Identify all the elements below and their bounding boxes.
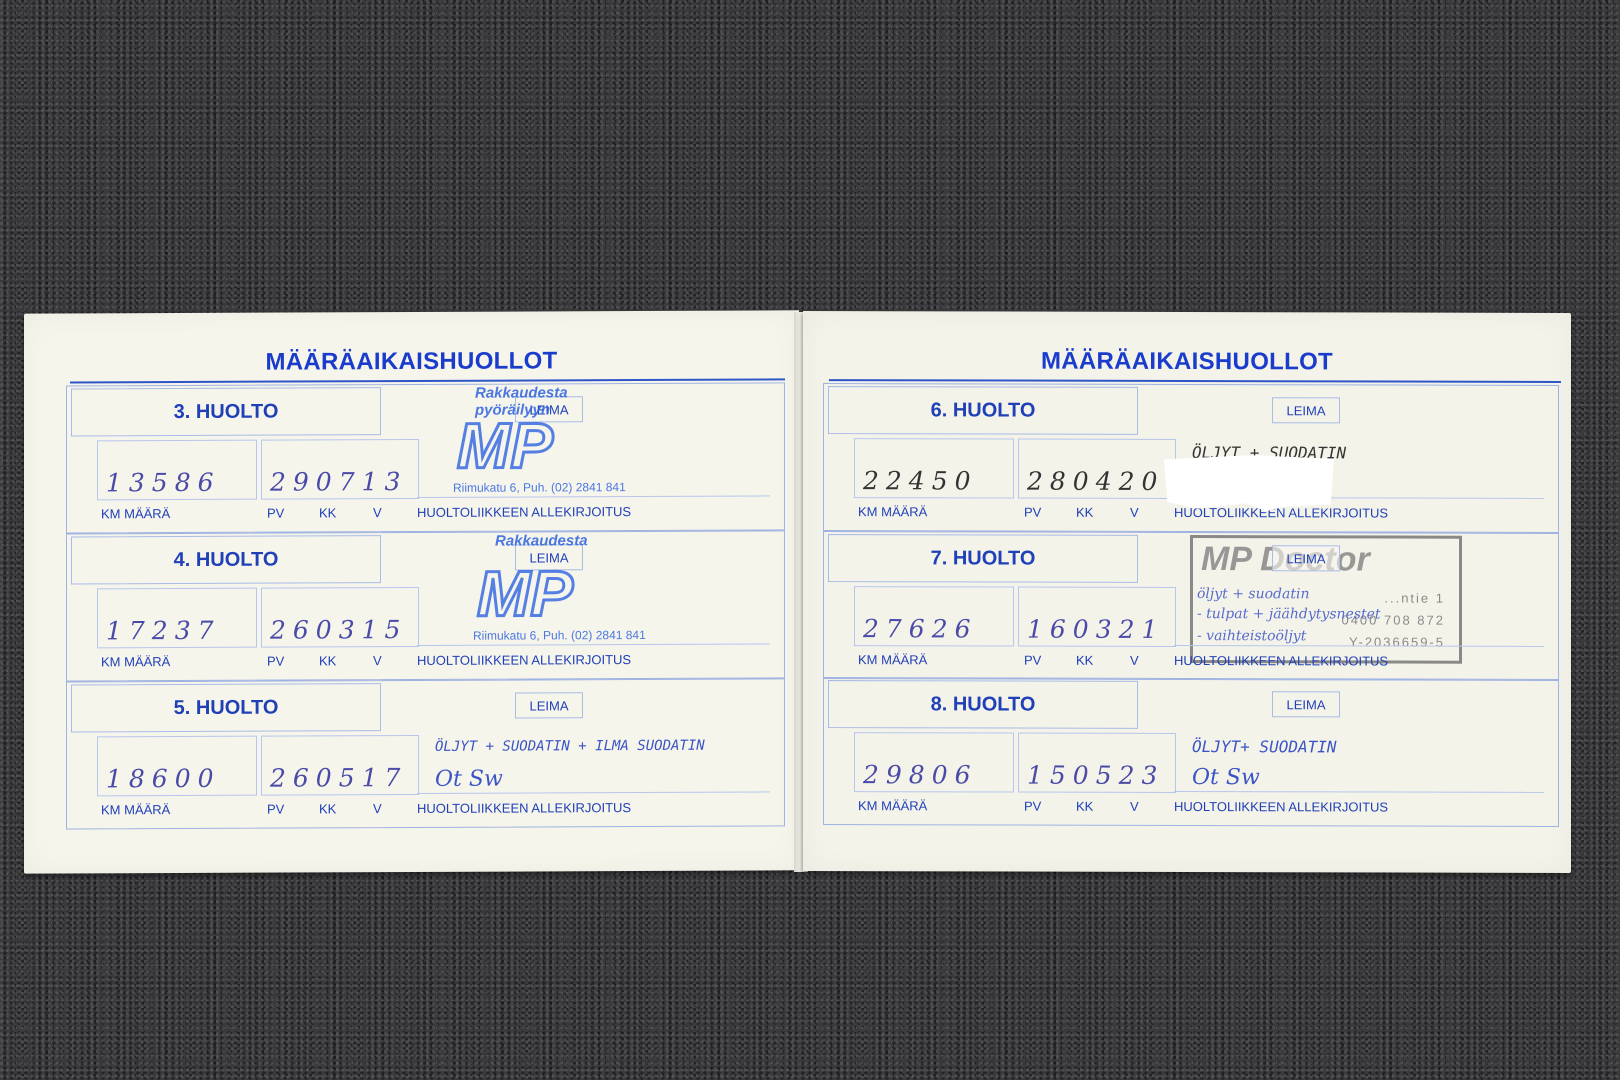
service-entry-8: 8. HUOLTO LEIMA 29806 150523 ÖLJYT+ SUOD…	[823, 677, 1559, 827]
stamp-label: LEIMA	[1272, 397, 1340, 423]
service-entry-5: 5. HUOLTO LEIMA 18600 260517 ÖLJYT + SUO…	[66, 678, 785, 829]
km-field: 17237	[97, 588, 257, 649]
km-field: 27626	[854, 586, 1014, 646]
page-title: MÄÄRÄAIKAISHUOLLOT	[803, 347, 1571, 377]
service-entry-4: 4. HUOLTO LEIMA 17237 260315 Rakkaudesta…	[66, 530, 785, 681]
torn-sticker	[1164, 455, 1334, 511]
km-field: 13586	[97, 440, 257, 501]
service-note: ÖLJYT + SUODATIN + ILMA SUODATIN	[435, 738, 705, 755]
service-booklet: MÄÄRÄAIKAISHUOLLOT 3. HUOLTO LEIMA 13586…	[24, 312, 1592, 880]
date-field: 260517	[261, 735, 419, 796]
service-entry-7: 7. HUOLTO 27626 160321 MP Doctor ...ntie…	[823, 531, 1559, 681]
entry-heading: 5. HUOLTO	[71, 683, 381, 732]
signature: Ot Sw	[1192, 765, 1260, 790]
stamp-label: LEIMA	[515, 544, 583, 570]
date-field: 160321	[1018, 587, 1176, 647]
stamp-label: LEIMA	[515, 396, 583, 422]
date-field: 280420	[1018, 439, 1176, 499]
km-field: 18600	[97, 736, 257, 797]
left-page: MÄÄRÄAIKAISHUOLLOT 3. HUOLTO LEIMA 13586…	[24, 310, 799, 873]
field-labels: KM MÄÄRÄ PV KK V HUOLTOLIIKKEEN ALLEKIRJ…	[101, 651, 784, 654]
service-note: ÖLJYT+ SUODATIN	[1192, 737, 1337, 756]
entry-heading: 3. HUOLTO	[71, 387, 381, 436]
field-labels: KM MÄÄRÄ PV KK V HUOLTOLIIKKEEN ALLEKIRJ…	[101, 503, 784, 506]
stamp-label: LEIMA	[1272, 545, 1340, 571]
entry-heading: 6. HUOLTO	[828, 386, 1138, 435]
signature: Ot Sw	[435, 767, 503, 792]
page-title: MÄÄRÄAIKAISHUOLLOT	[24, 346, 799, 377]
km-field: 29806	[854, 732, 1014, 792]
service-entry-6: 6. HUOLTO LEIMA 22450 280420 ÖLJYT + SUO…	[823, 383, 1559, 533]
date-field: 260315	[261, 587, 419, 648]
entry-heading: 7. HUOLTO	[828, 534, 1138, 583]
stamp-label: LEIMA	[1272, 691, 1340, 717]
date-field: 150523	[1018, 733, 1176, 793]
stamp-label: LEIMA	[515, 692, 583, 718]
entry-heading: 4. HUOLTO	[71, 535, 381, 584]
date-field: 290713	[261, 439, 419, 500]
field-labels: KM MÄÄRÄ PV KK V HUOLTOLIIKKEEN ALLEKIRJ…	[858, 798, 1558, 800]
entry-heading: 8. HUOLTO	[828, 680, 1138, 729]
field-labels: KM MÄÄRÄ PV KK V HUOLTOLIIKKEEN ALLEKIRJ…	[101, 799, 784, 802]
service-entry-3: 3. HUOLTO LEIMA 13586 290713 Rakkaudesta…	[66, 382, 785, 533]
right-page: MÄÄRÄAIKAISHUOLLOT 6. HUOLTO LEIMA 22450…	[803, 311, 1571, 873]
km-field: 22450	[854, 438, 1014, 498]
